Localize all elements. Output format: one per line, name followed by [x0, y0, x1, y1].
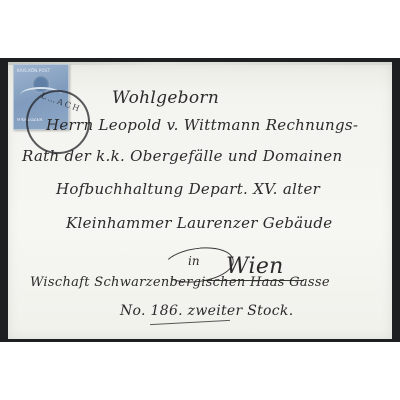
- recipient-name-line: Herrn Leopold v. Wittmann Rechnungs-: [46, 116, 358, 134]
- department-line: Hofbuchhaltung Depart. XV. alter: [56, 180, 320, 198]
- building-line: Kleinhammer Laurenzer Gebäude: [66, 214, 332, 232]
- in-word: in: [188, 254, 200, 268]
- recipient-title-line: Rath der k.k. Obergefälle und Domainen: [22, 147, 342, 165]
- street-line: Wischaft Schwarzenbergischen Haas Gasse: [30, 275, 330, 290]
- salutation-line: Wohlgeborn: [112, 88, 219, 108]
- house-number-line: No. 186. zweiter Stock.: [120, 303, 293, 319]
